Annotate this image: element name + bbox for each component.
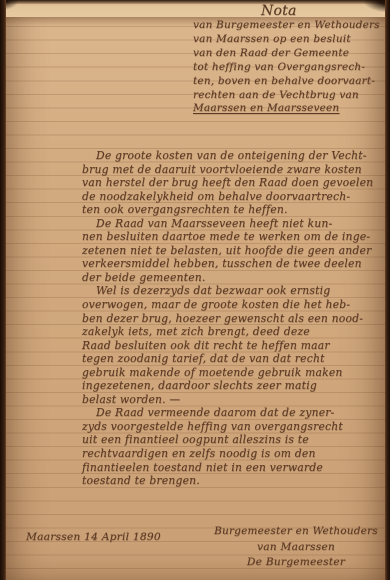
manuscript-line: De Raad van Maarsseveen heeft niet kun- — [82, 217, 378, 231]
manuscript-line: uit een finantieel oogpunt alleszins is … — [82, 433, 378, 447]
place-date-line: Maarssen 14 April 1890 — [26, 531, 161, 543]
header-line: ten, boven en behalve doorvaart- — [193, 75, 378, 89]
manuscript-line: ingezetenen, daardoor slechts zeer matig — [82, 379, 378, 393]
manuscript-photo: Nota van Burgemeester en Wethouders van … — [0, 0, 390, 580]
manuscript-line: finantieelen toestand niet in een verwar… — [82, 461, 378, 475]
manuscript-line: tegen zoodanig tarief, dat de van dat re… — [82, 352, 378, 366]
signature-line: De Burgemeester — [212, 555, 380, 571]
manuscript-line: van herstel der brug heeft den Raad doen… — [82, 176, 378, 190]
manuscript-line: ben dezer brug, hoezeer gewenscht als ee… — [82, 312, 378, 326]
manuscript-line: der beide gemeenten. — [82, 271, 378, 285]
header-line: rechten aan de Vechtbrug van — [193, 89, 378, 103]
signature-block: Burgemeester en Wethouders van Maarssen … — [212, 524, 380, 571]
manuscript-line: De Raad vermeende daarom dat de zyner- — [82, 406, 378, 420]
body-text: De groote kosten van de onteigening der … — [82, 149, 378, 488]
manuscript-line: overwogen, maar de groote kosten die het… — [82, 298, 378, 312]
signature-line: van Maarssen — [212, 540, 380, 556]
manuscript-line: belast worden. — — [82, 393, 378, 407]
manuscript-line: rechtvaardigen en zelfs noodig is om den — [82, 447, 378, 461]
document-header: Nota van Burgemeester en Wethouders van … — [193, 3, 378, 116]
photo-right-edge — [385, 0, 390, 580]
signature-line: Burgemeester en Wethouders — [212, 524, 380, 540]
manuscript-line: zakelyk iets, met zich brengt, deed deze — [82, 325, 378, 339]
manuscript-line: de noodzakelykheid om behalve doorvaartr… — [82, 190, 378, 204]
manuscript-line: gebruik makende of moetende gebruik make… — [82, 366, 378, 380]
document-title: Nota — [193, 3, 378, 19]
header-line-underlined: Maarssen en Maarsseveen — [193, 102, 378, 116]
manuscript-line: brug met de daaruit voortvloeiende zware… — [82, 163, 378, 177]
header-line: van den Raad der Gemeente — [193, 47, 378, 61]
header-line: van Maarssen op een besluit — [193, 33, 378, 47]
manuscript-line: De groote kosten van de onteigening der … — [82, 149, 378, 163]
manuscript-line: verkeersmiddel hebben, tusschen de twee … — [82, 257, 378, 271]
manuscript-line: Raad besluiten ook dit recht te heffen m… — [82, 339, 378, 353]
manuscript-line: nen besluiten daartoe mede te werken om … — [82, 230, 378, 244]
header-line: van Burgemeester en Wethouders — [193, 19, 378, 33]
manuscript-line: ten ook overgangsrechten te heffen. — [82, 203, 378, 217]
photo-left-edge — [0, 0, 6, 580]
manuscript-line: toestand te brengen. — [82, 474, 378, 488]
manuscript-line: zyds voorgestelde heffing van overgangsr… — [82, 420, 378, 434]
header-line: tot heffing van Overgangsrech- — [193, 61, 378, 75]
manuscript-line: Wel is dezerzyds dat bezwaar ook ernstig — [82, 284, 378, 298]
manuscript-line: zetenen niet te belasten, uit hoofde die… — [82, 244, 378, 258]
